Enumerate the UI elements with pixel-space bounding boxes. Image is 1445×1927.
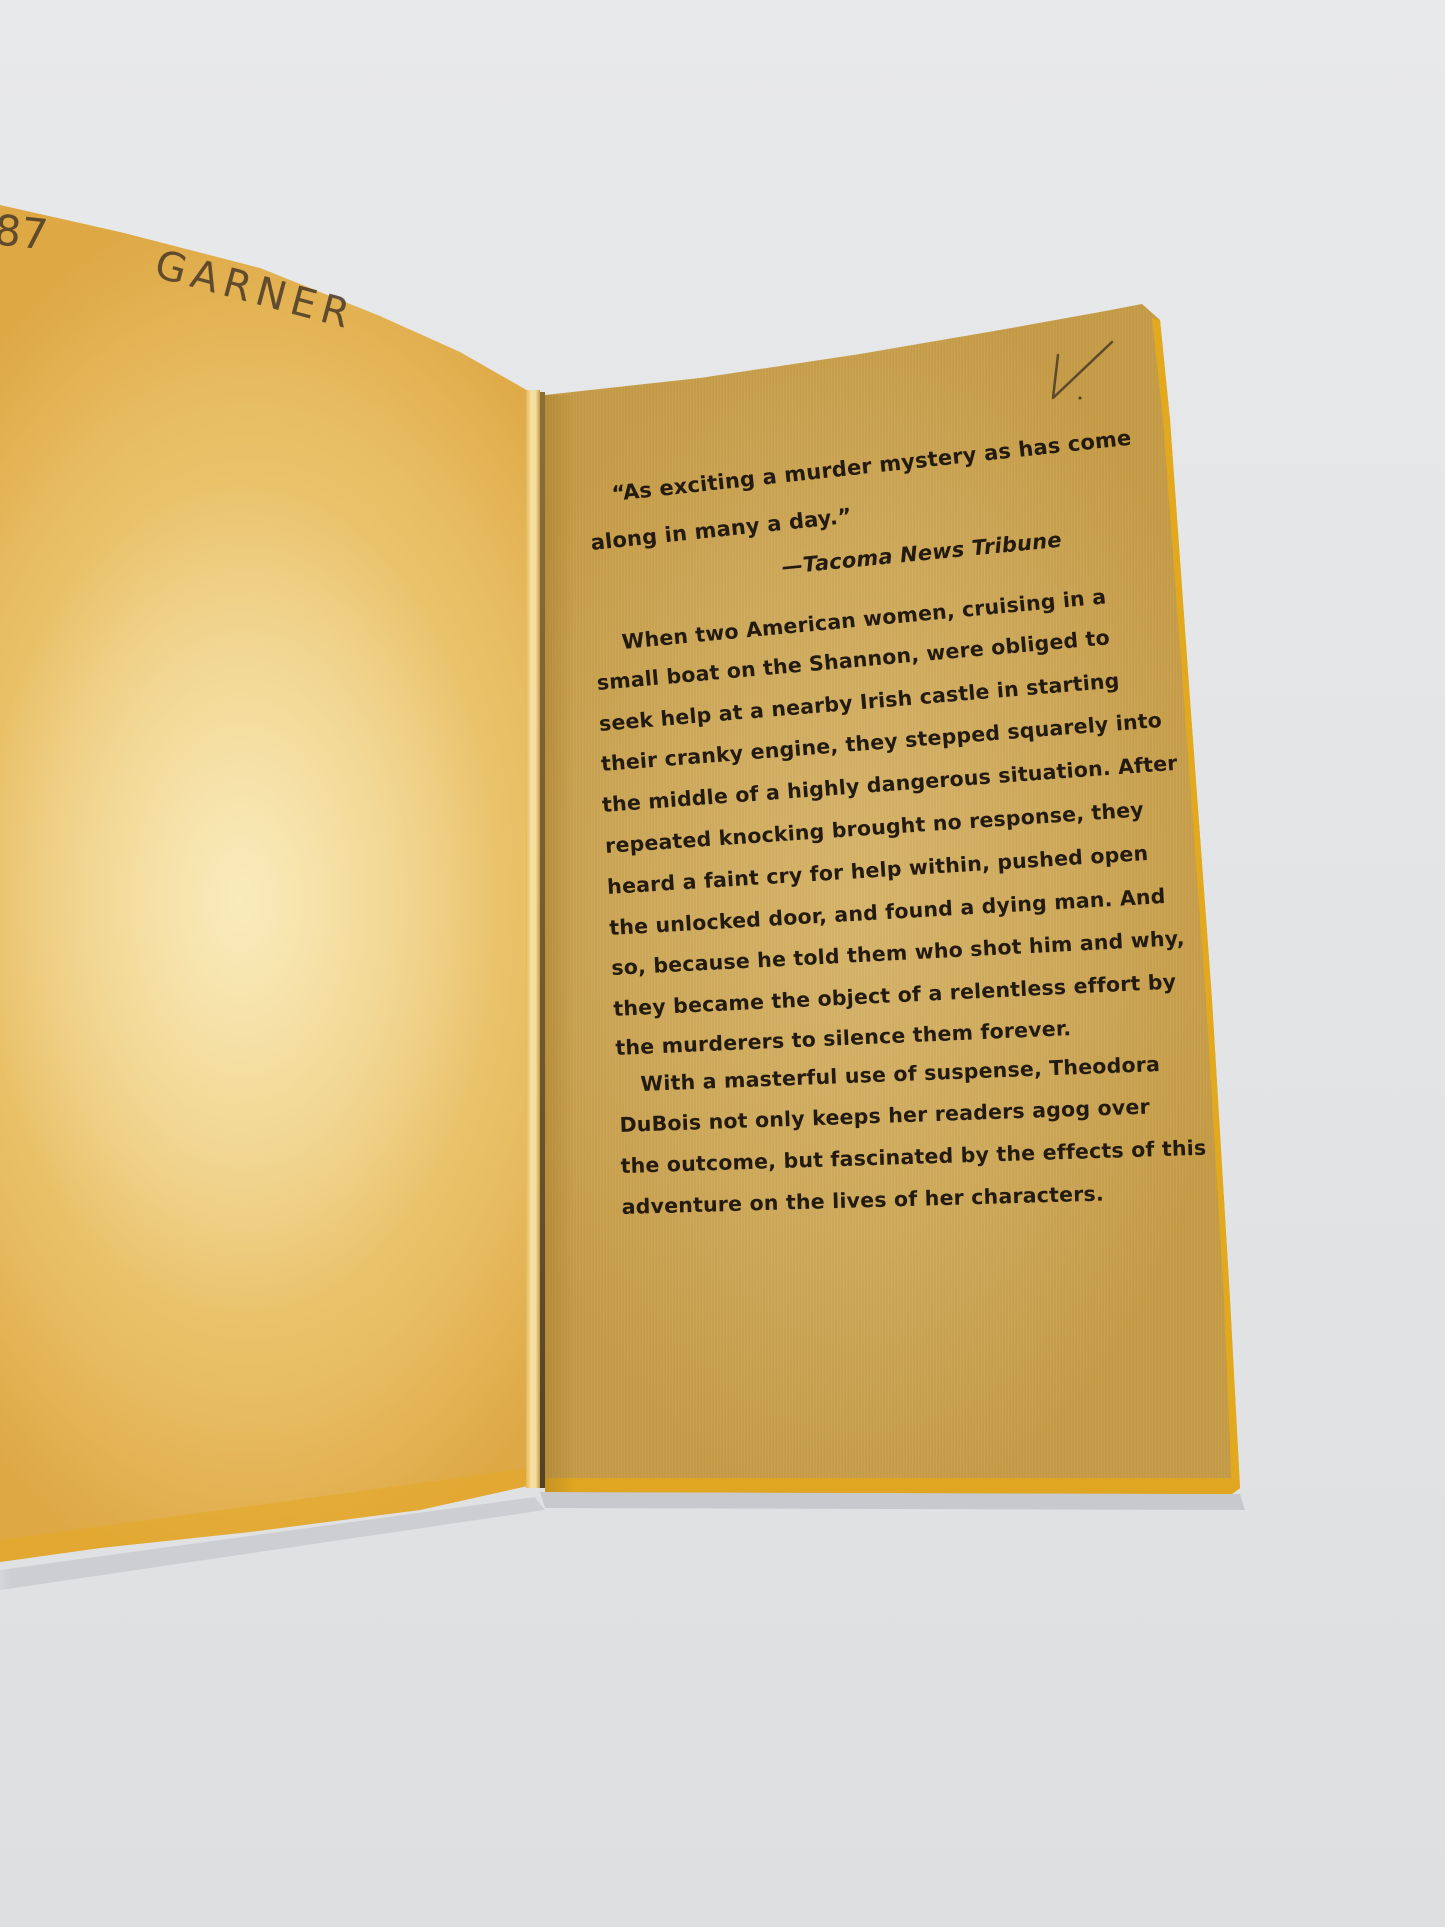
photo-scene: 87 GARNER “As exciting a murder mystery … (0, 0, 1445, 1927)
gutter-shade (545, 395, 575, 1492)
check-mark-icon (1050, 340, 1130, 400)
handwritten-number: 87 (0, 205, 50, 259)
spine-crease (540, 392, 545, 1488)
book-spine (526, 390, 540, 1488)
